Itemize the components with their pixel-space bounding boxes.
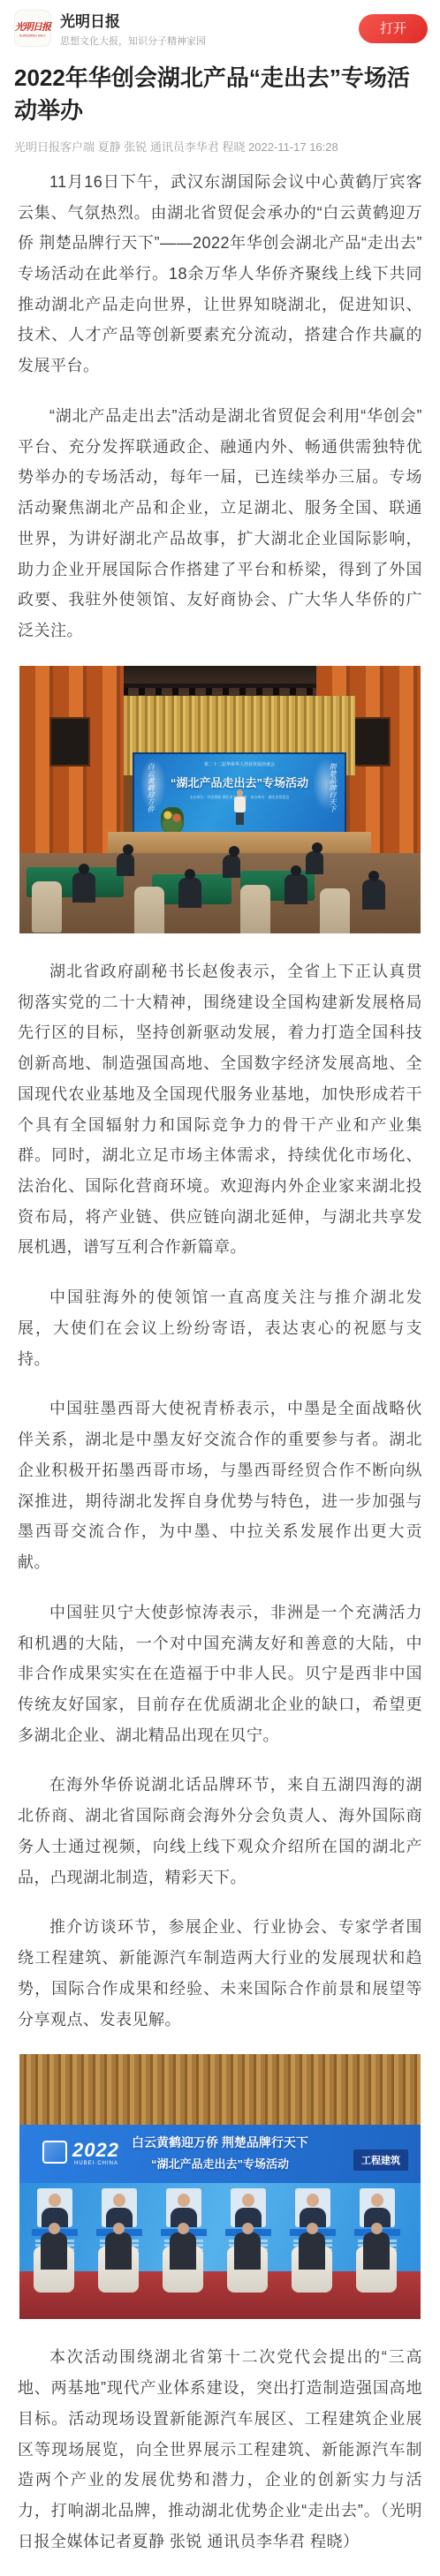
speaker-head — [237, 789, 243, 797]
photo1-stage-lights — [88, 688, 353, 695]
photo1-wall-screen — [350, 717, 391, 767]
logo-subtext: GUANGMING DAILY — [19, 34, 46, 37]
article-byline: 光明日报客户端 夏静 张锐 通讯员李华君 程晓 2022-11-17 16:28 — [14, 138, 426, 155]
panelist-seated — [299, 2232, 325, 2270]
article-body: 11月16日下午，武汉东湖国际会议中心黄鹤厅宾客云集、气氛热烈。由湖北省贸促会承… — [0, 167, 440, 2557]
photo1-chair — [134, 887, 164, 933]
app-name: 光明日报 — [60, 9, 359, 31]
panelist-headshot — [37, 2188, 72, 2227]
guangming-daily-logo: 光明日报 GUANGMING DAILY — [14, 10, 51, 47]
banner-slogan-line1: 白云黄鹤迎万侨 荆楚品牌行天下 — [19, 2134, 421, 2151]
paragraph: 中国驻海外的使领馆一直高度关注与推介湖北发展，大使们在会议上纷纷寄语，表达衷心的… — [18, 1282, 422, 1374]
photo1-speaker — [234, 789, 246, 825]
paragraph: 湖北省政府副秘书长赵俊表示，全省上下正认真贯彻落实党的二十大精神，围绕建设全国构… — [18, 956, 422, 1263]
paragraph: 中国驻贝宁大使彭惊涛表示，非洲是一个充满活力和机遇的大陆，一个对中国充满友好和善… — [18, 1598, 422, 1751]
photo1-side-calligraphy-left: 白云黄鹤迎万侨 — [143, 763, 154, 812]
article-title: 2022年华创会湖北产品“走出去”专场活动举办 — [14, 62, 426, 127]
photo1-audience-member — [306, 851, 323, 874]
logo-text: 光明日报 — [15, 19, 50, 34]
panelist-headshot — [360, 2188, 395, 2227]
photo1-flower-basket — [161, 807, 184, 834]
photo2-banner: 2022 HUBEI·CHINA 白云黄鹤迎万侨 荆楚品牌行天下 “湖北产品走出… — [19, 2125, 421, 2183]
panelist-seated — [170, 2232, 196, 2270]
photo1-screen-topline: 第二十二届华侨华人创业发展洽谈会 — [134, 761, 345, 767]
paragraph: 11月16日下午，武汉东湖国际会议中心黄鹤厅宾客云集、气氛热烈。由湖北省贸促会承… — [18, 167, 422, 381]
photo1-audience-member — [223, 855, 240, 878]
paragraph: 推介访谈环节，参展企业、行业协会、专家学者围绕工程建筑、新能源汽车制造两大行业的… — [18, 1912, 422, 2035]
panelist-headshot — [166, 2188, 201, 2227]
event-photo-panel-discussion: 2022 HUBEI·CHINA 白云黄鹤迎万侨 荆楚品牌行天下 “湖北产品走出… — [19, 2054, 421, 2319]
app-header: 光明日报 GUANGMING DAILY 光明日报 思想文化大报，知识分子精神家… — [0, 0, 440, 53]
panelist-headshot — [295, 2188, 330, 2227]
photo1-chair — [240, 885, 270, 933]
app-tagline: 思想文化大报，知识分子精神家园 — [60, 34, 359, 48]
photo1-audience-member — [362, 880, 385, 910]
industry-badge: 工程建筑 — [353, 2149, 408, 2171]
panelist-headshot — [231, 2188, 266, 2227]
panelist-seated — [234, 2232, 261, 2270]
panelist-headshot — [102, 2188, 137, 2227]
app-meta: 光明日报 思想文化大报，知识分子精神家园 — [60, 9, 359, 48]
photo1-audience-member — [284, 874, 307, 904]
speaker-legs — [236, 812, 244, 825]
paragraph: 中国驻墨西哥大使祝青桥表示，中墨是全面战略伙伴关系，湖北是中墨友好交流合作的重要… — [18, 1394, 422, 1577]
speaker-torso — [234, 797, 246, 812]
paragraph: 在海外华侨说湖北话品牌环节，来自五湖四海的湖北侨商、湖北省国际商会海外分会负责人… — [18, 1770, 422, 1892]
event-photo-conference-hall: 第二十二届华侨华人创业发展洽谈会 “湖北产品走出去”专场活动 主办单位：中国侨联… — [19, 666, 421, 933]
photo2-red-carpet — [19, 2271, 421, 2319]
panelist-seated — [41, 2232, 67, 2270]
panelist-seated — [363, 2232, 390, 2270]
photo1-chair — [320, 888, 350, 933]
photo1-side-calligraphy-right: 荆楚品牌行天下 — [325, 763, 336, 812]
photo1-audience-member — [72, 873, 95, 903]
paragraph: “湖北产品走出去”活动是湖北省贸促会利用“华创会”平台、充分发挥联通政企、融通内… — [18, 401, 422, 646]
photo1-chair — [32, 881, 62, 933]
photo1-screen-title: “湖北产品走出去”专场活动 — [134, 774, 345, 790]
photo2-wood-wall — [19, 2054, 421, 2125]
photo1-audience-member — [117, 853, 134, 876]
open-app-button[interactable]: 打开 — [359, 14, 428, 43]
panelist-seated — [105, 2232, 132, 2270]
paragraph: 本次活动围绕湖北省第十二次党代会提出的“三高地、两基地”现代产业体系建设，突出打… — [18, 2342, 422, 2557]
photo1-wall-screen — [49, 717, 90, 767]
photo1-audience-member — [178, 878, 201, 908]
